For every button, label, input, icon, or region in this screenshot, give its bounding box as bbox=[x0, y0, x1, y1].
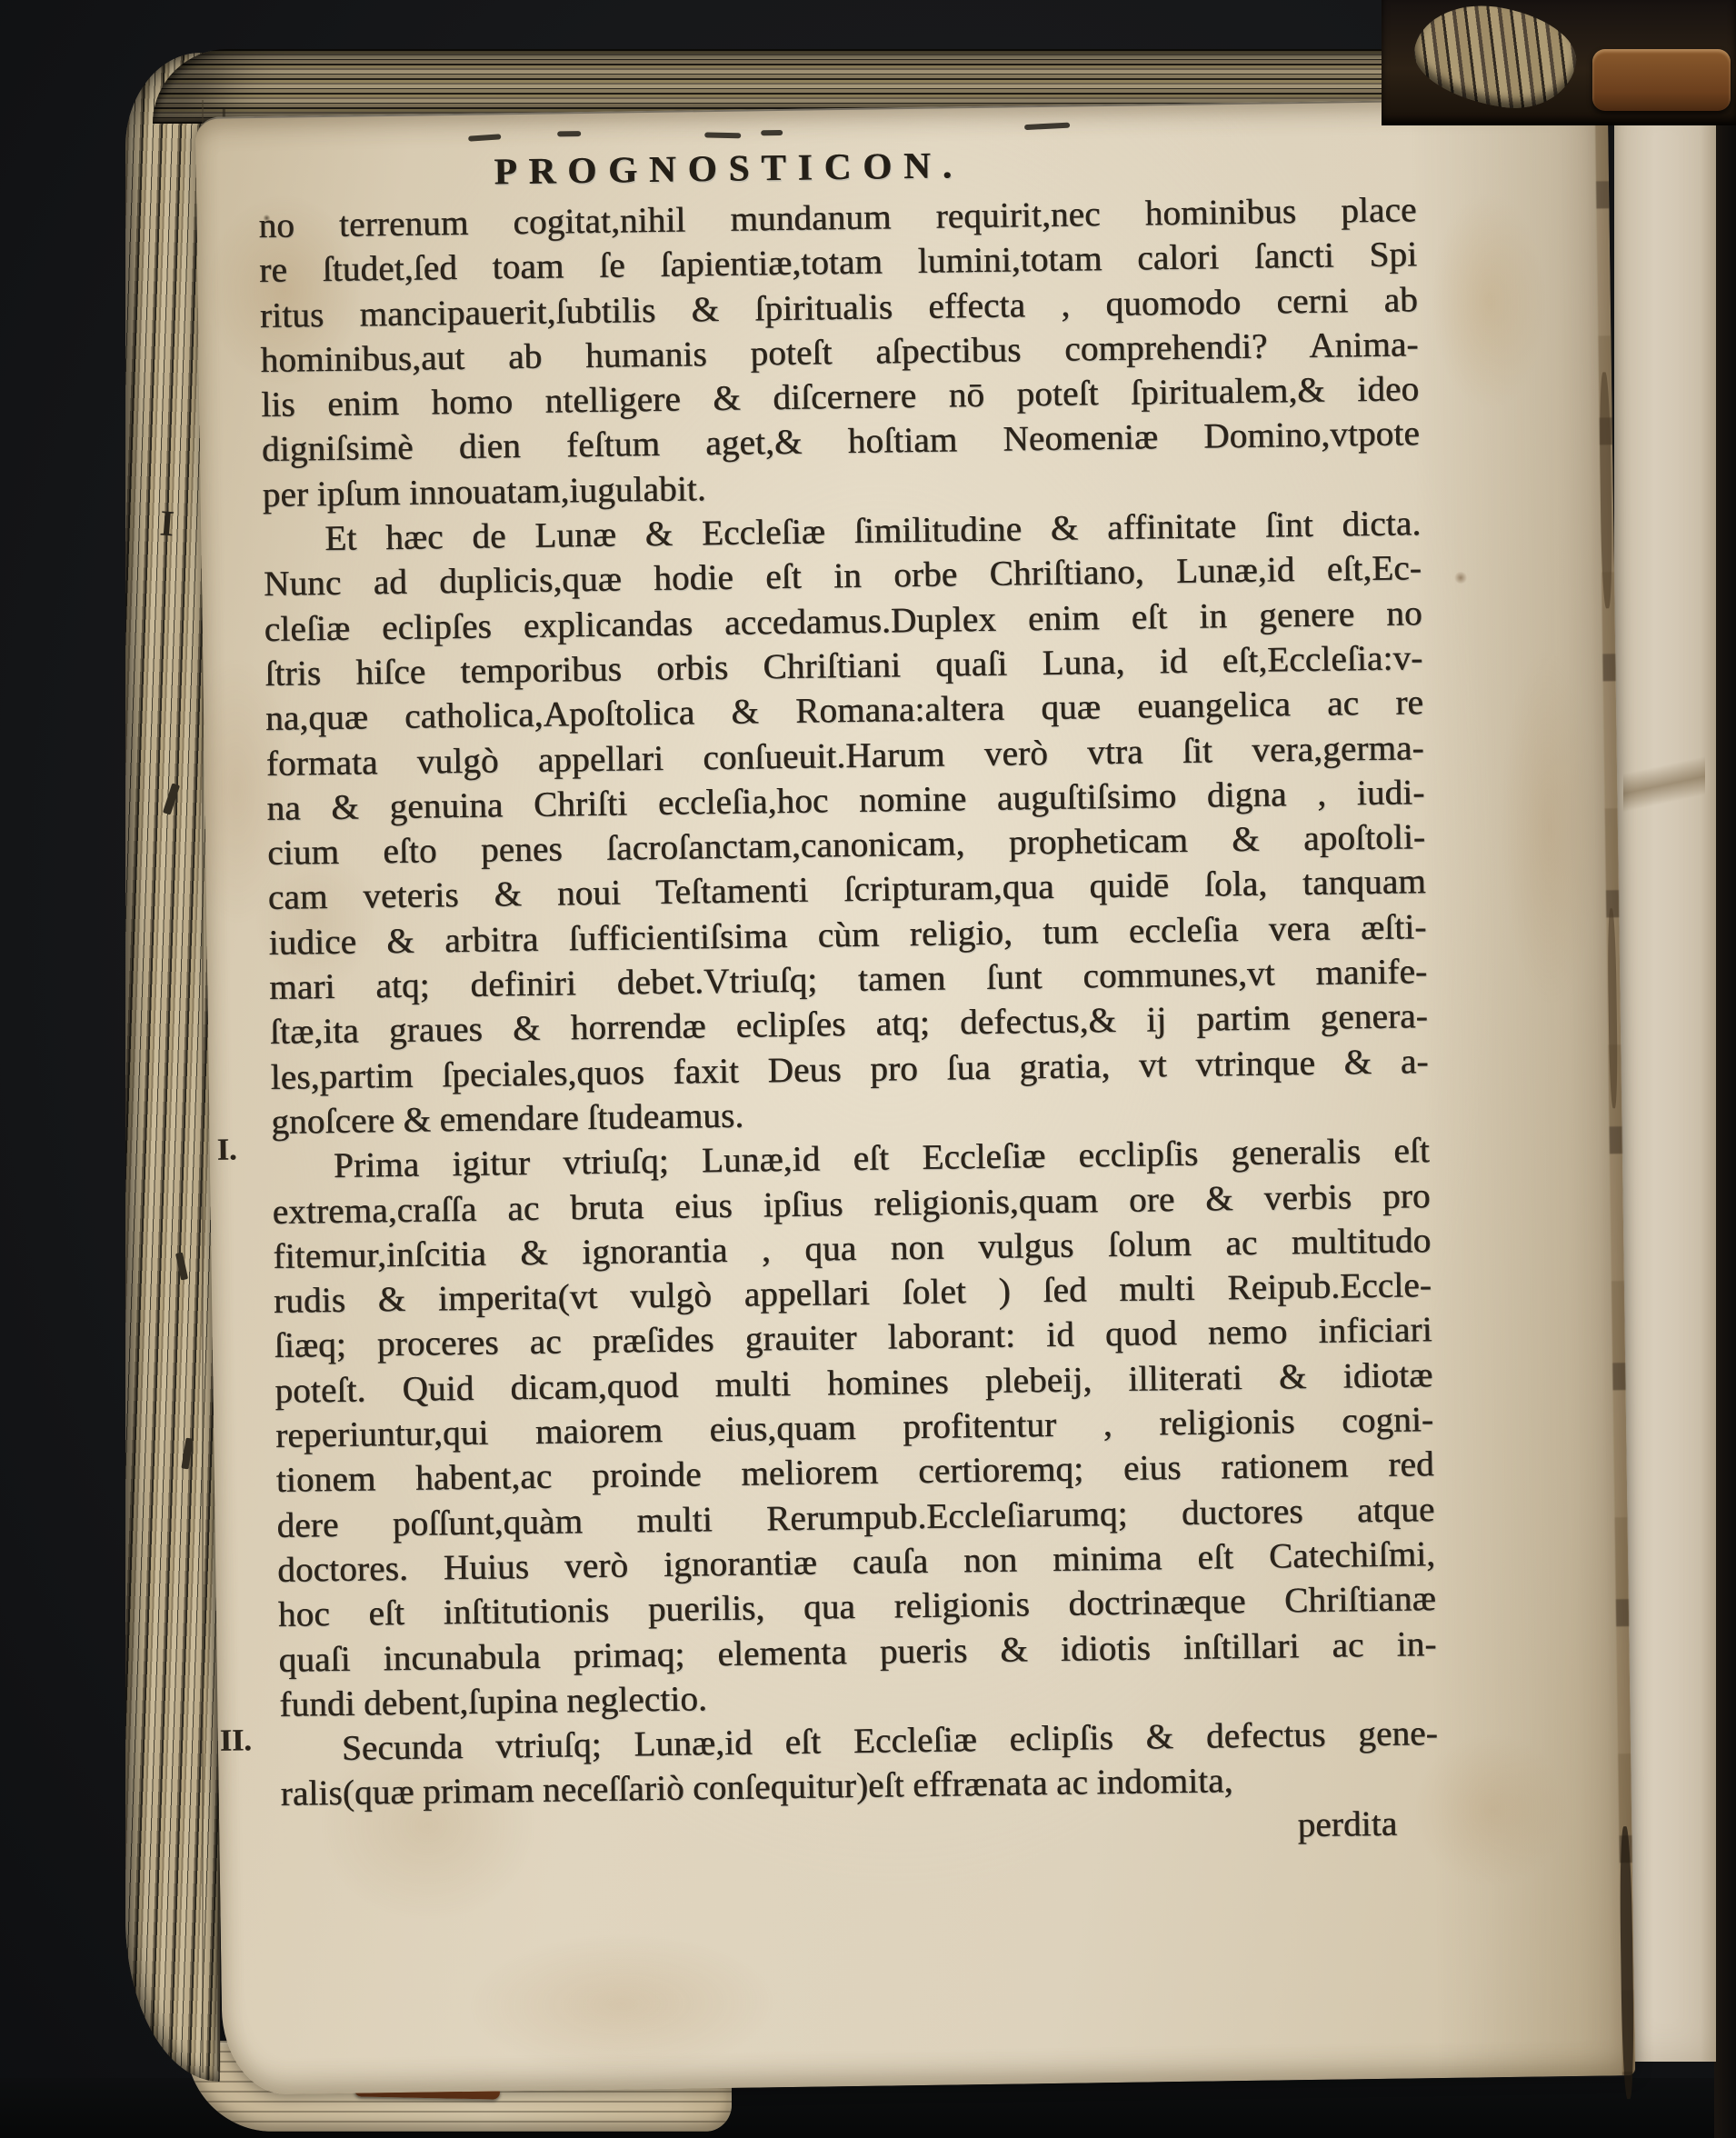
margin-note-1: I. bbox=[216, 1133, 236, 1167]
book-page: PROGNOSTICON. I. II. no terrenum cogitat… bbox=[195, 97, 1635, 2094]
margin-note-2: II. bbox=[220, 1723, 252, 1758]
showthrough-dash bbox=[761, 130, 783, 135]
showthrough-dash bbox=[1024, 123, 1070, 130]
showthrough-dash bbox=[557, 131, 581, 136]
text-lines: no terrenum cogitat,nihil mundanum requi… bbox=[258, 187, 1439, 1816]
showthrough-dash bbox=[704, 132, 741, 138]
fore-edge-ink-mark: I bbox=[158, 502, 175, 545]
page-title: PROGNOSTICON. bbox=[364, 141, 1092, 195]
book-photo: I PROGNOSTICON. I. II. no terrenum cogit… bbox=[0, 0, 1736, 2138]
binding-gutter-dark bbox=[1714, 0, 1736, 2138]
spine-leather-band bbox=[1592, 49, 1731, 111]
endpaper-crease bbox=[1623, 411, 1705, 1165]
showthrough-dash bbox=[468, 134, 501, 141]
text-block: no terrenum cogitat,nihil mundanum requi… bbox=[258, 187, 1439, 1862]
